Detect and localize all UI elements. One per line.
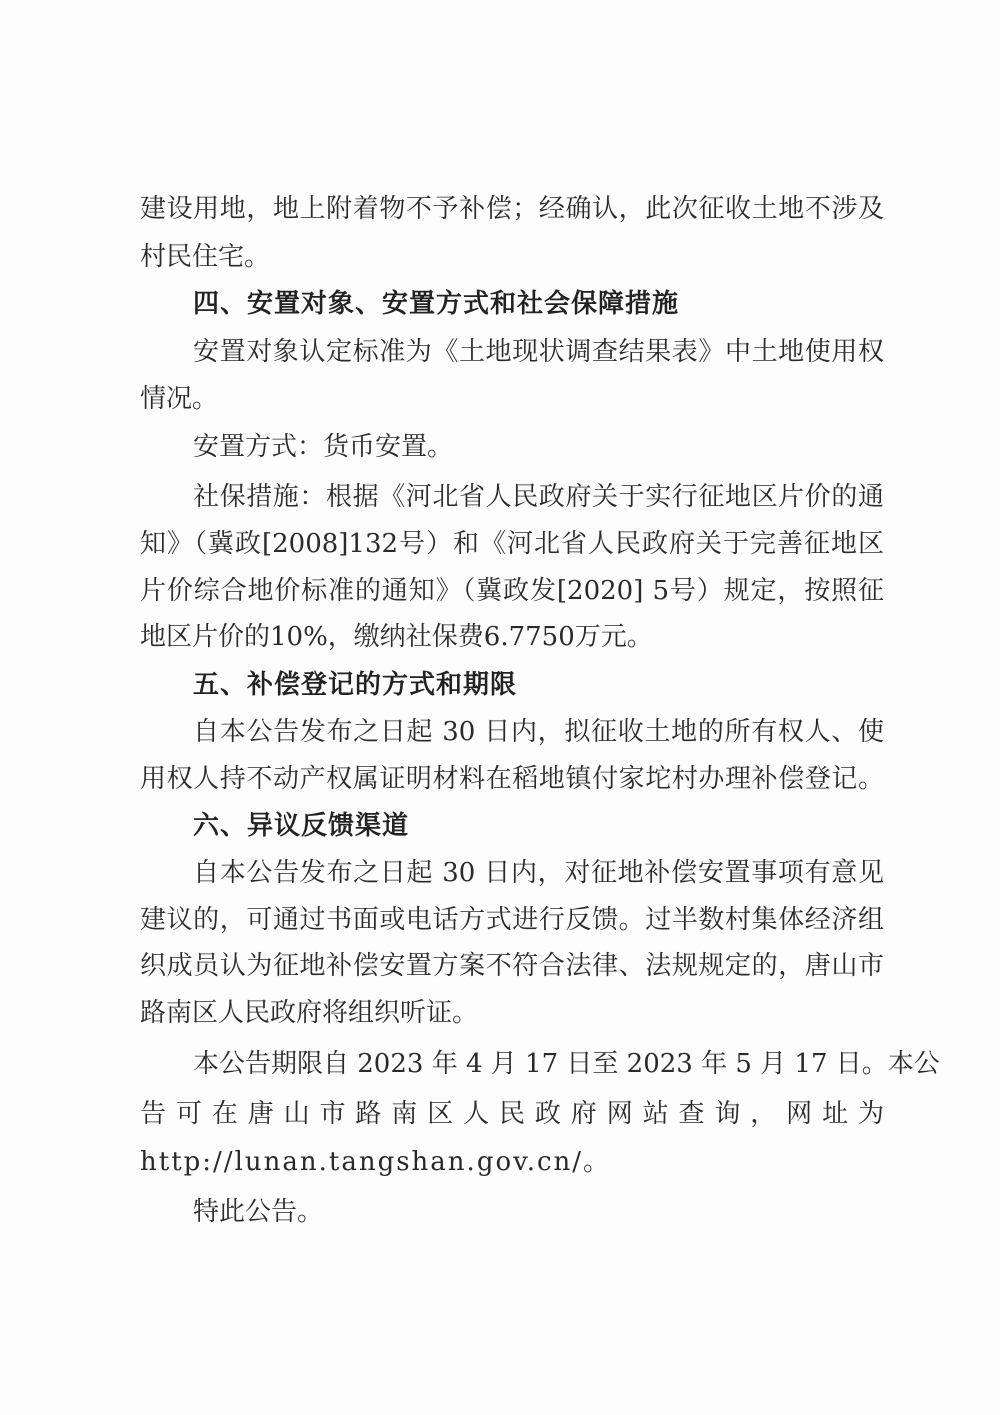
body-line: 路南区人民政府将组织听证。	[140, 996, 884, 1030]
section-heading-4: 四、安置对象、安置方式和社会保障措施	[193, 287, 884, 321]
resettlement-method: 安置方式：货币安置。	[193, 430, 884, 464]
section-heading-5: 五、补偿登记的方式和期限	[193, 668, 884, 702]
closing-statement: 特此公告。	[193, 1195, 884, 1229]
body-line: 情况。	[140, 382, 884, 416]
body-line: 知》（冀政[2008]132号）和《河北省人民政府关于完善征地区	[140, 527, 884, 561]
body-line: 建议的，可通过书面或电话方式进行反馈。过半数村集体经济组	[140, 903, 884, 937]
website-url: http://lunan.tangshan.gov.cn/。	[140, 1145, 884, 1179]
notice-period-line: 本公告期限自 2023 年 4 月 17 日至 2023 年 5 月 17 日。…	[193, 1047, 884, 1081]
body-line: 片价综合地价标准的通知》（冀政发[2020] 5号）规定，按照征	[140, 574, 884, 608]
body-line: 村民住宅。	[140, 240, 884, 274]
body-line: 告可在唐山市路南区人民政府网站查询，网址为	[140, 1097, 884, 1131]
body-line: 用权人持不动产权属证明材料在稻地镇付家坨村办理补偿登记。	[140, 762, 884, 796]
body-line: 社保措施：根据《河北省人民政府关于实行征地区片价的通	[193, 480, 884, 514]
body-line: 自本公告发布之日起 30 日内，拟征收土地的所有权人、使	[193, 715, 884, 749]
section-heading-6: 六、异议反馈渠道	[193, 809, 884, 843]
body-line: 自本公告发布之日起 30 日内，对征地补偿安置事项有意见	[193, 856, 884, 890]
social-security-fee-line: 地区片价的10%，缴纳社保费6.7750万元。	[140, 620, 884, 654]
body-line: 织成员认为征地补偿安置方案不符合法律、法规规定的，唐山市	[140, 949, 884, 983]
body-line: 建设用地，地上附着物不予补偿；经确认，此次征收土地不涉及	[140, 192, 884, 226]
body-line: 安置对象认定标准为《土地现状调查结果表》中土地使用权	[193, 335, 884, 369]
document-page: 建设用地，地上附着物不予补偿；经确认，此次征收土地不涉及 村民住宅。 四、安置对…	[0, 0, 1000, 1415]
